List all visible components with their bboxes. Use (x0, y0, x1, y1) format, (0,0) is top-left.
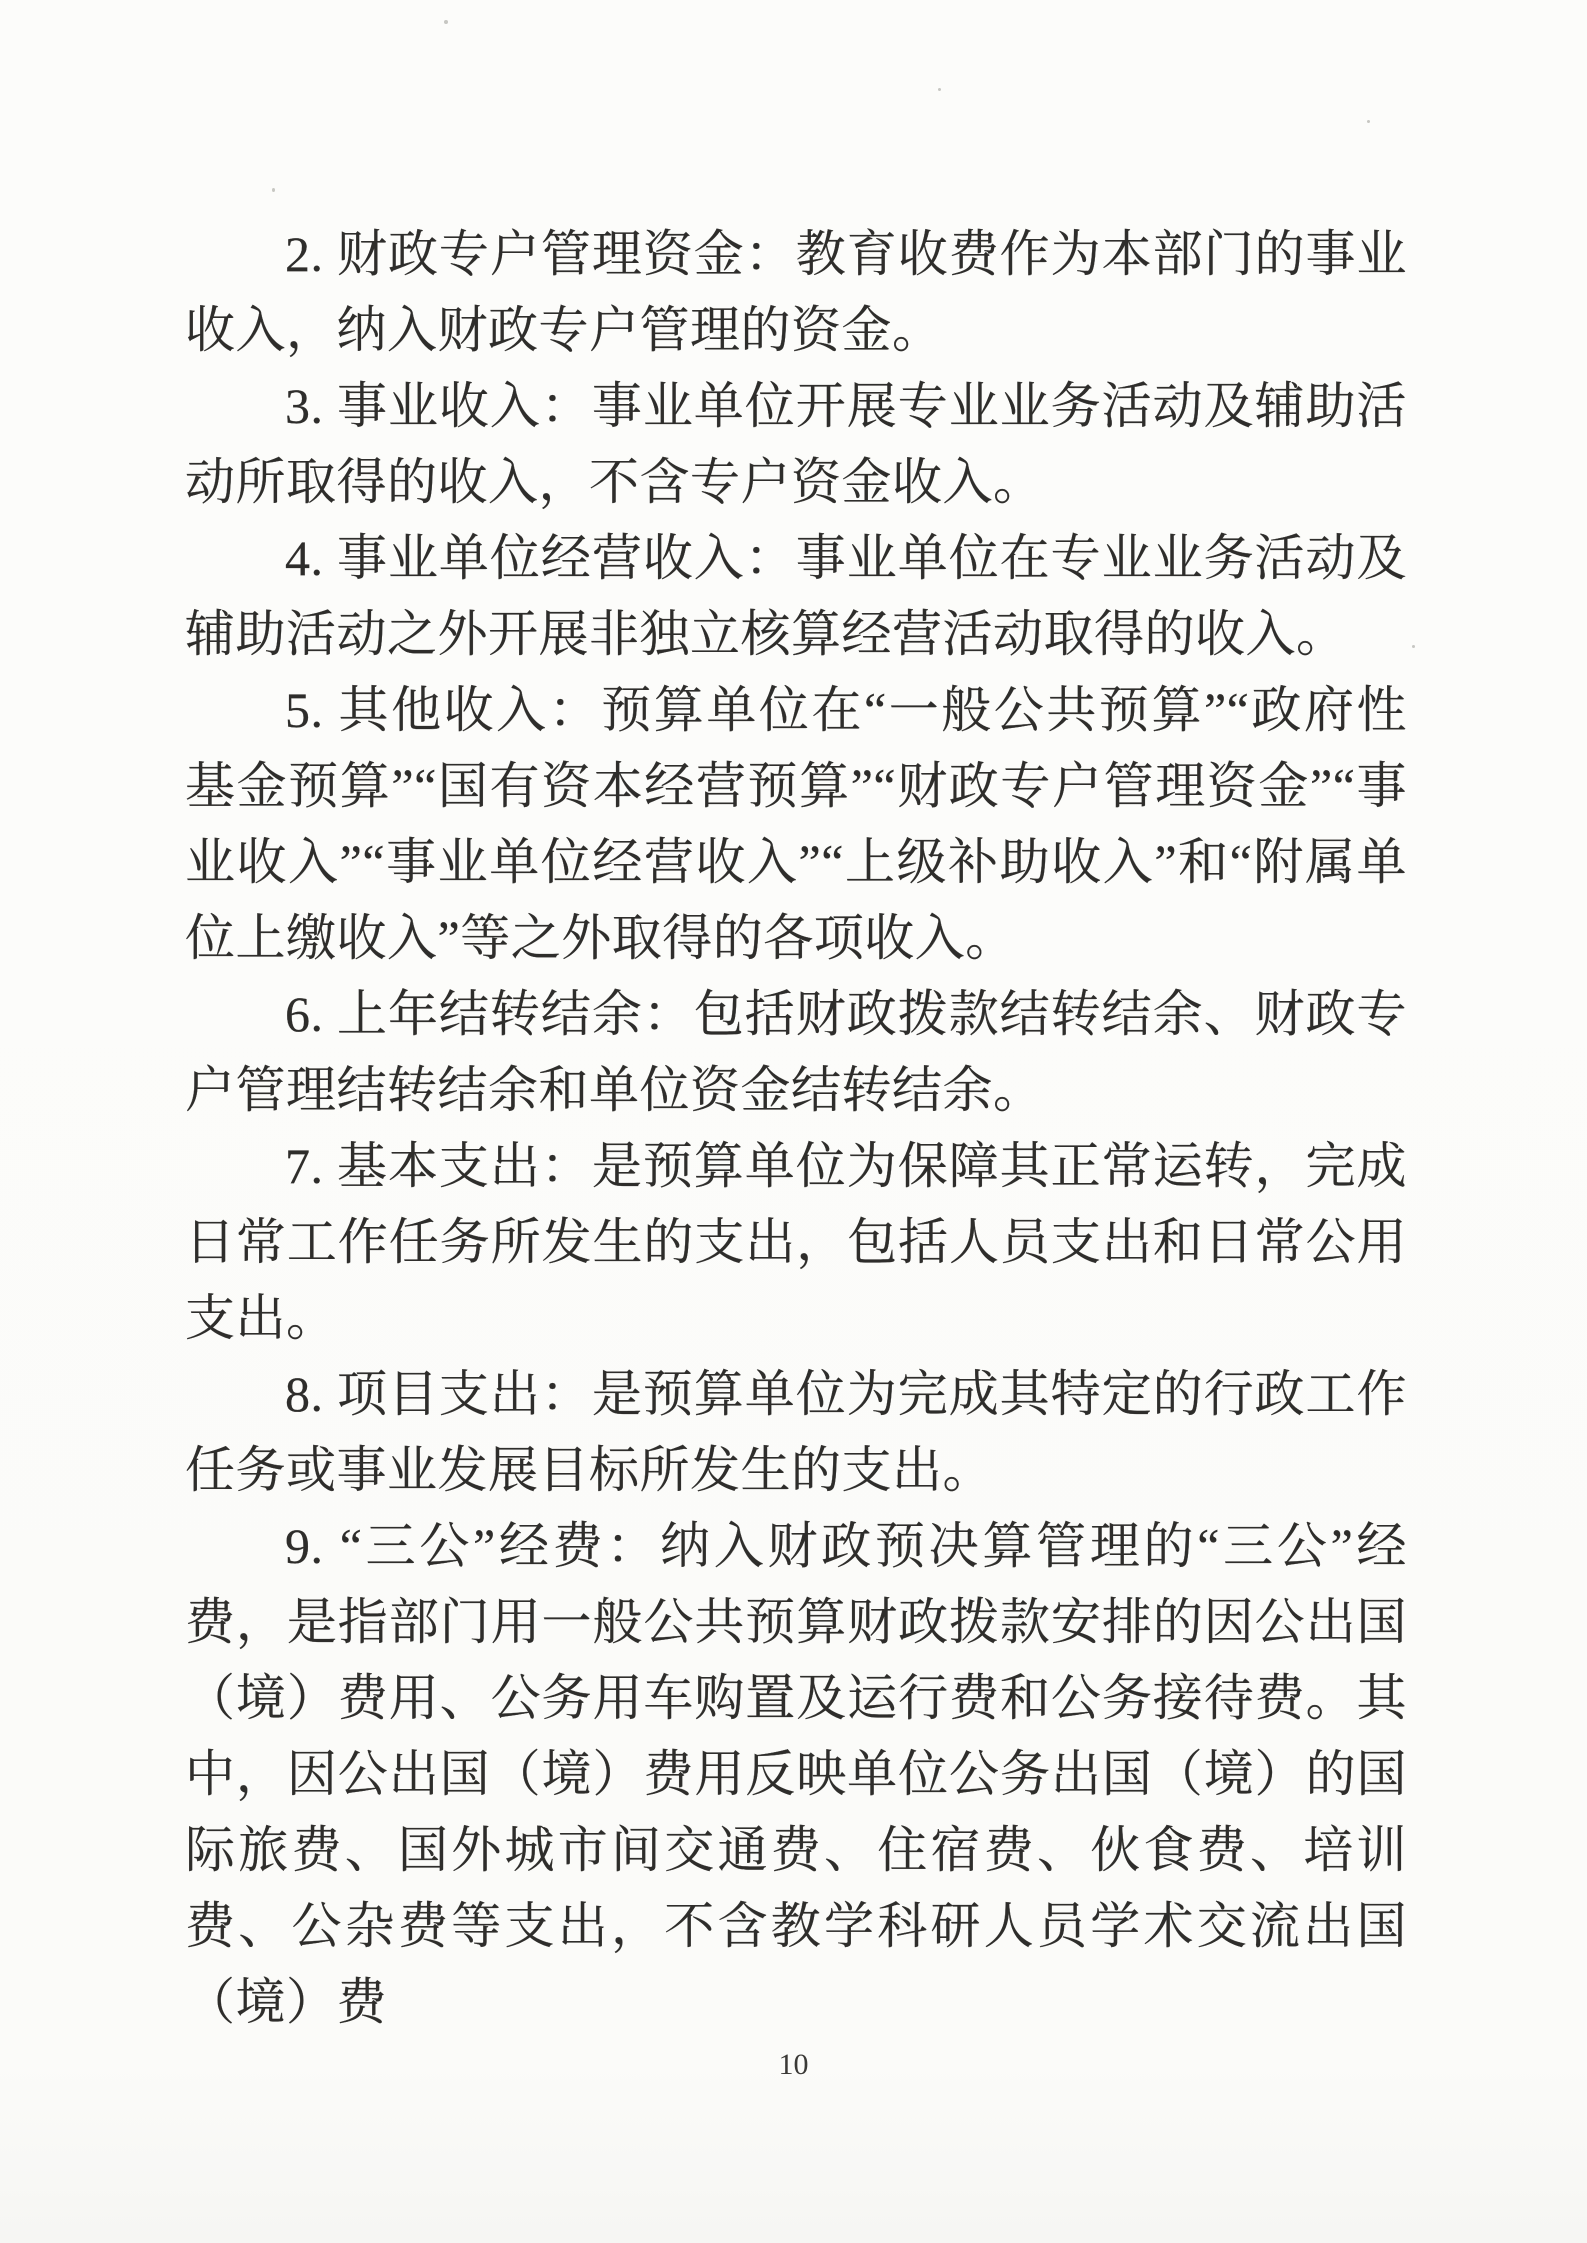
paragraph: 3. 事业收入：事业单位开展专业业务活动及辅助活动所取得的收入，不含专户资金收入… (185, 368, 1407, 520)
paragraph: 7. 基本支出：是预算单位为保障其正常运转，完成日常工作任务所发生的支出，包括人… (185, 1128, 1407, 1356)
paragraph: 2. 财政专户管理资金：教育收费作为本部门的事业收入，纳入财政专户管理的资金。 (185, 216, 1407, 368)
scan-speck (938, 88, 941, 91)
paragraph: 4. 事业单位经营收入：事业单位在专业业务活动及辅助活动之外开展非独立核算经营活… (185, 520, 1407, 672)
paragraph: 9. “三公”经费：纳入财政预决算管理的“三公”经费，是指部门用一般公共预算财政… (185, 1508, 1407, 2040)
scan-speck (272, 188, 275, 192)
paragraph: 8. 项目支出：是预算单位为完成其特定的行政工作任务或事业发展目标所发生的支出。 (185, 1356, 1407, 1508)
scan-speck (1367, 120, 1370, 123)
page-number: 10 (0, 2048, 1587, 2082)
paragraph: 6. 上年结转结余：包括财政拨款结转结余、财政专户管理结转结余和单位资金结转结余… (185, 976, 1407, 1128)
document-page: 2. 财政专户管理资金：教育收费作为本部门的事业收入，纳入财政专户管理的资金。 … (0, 0, 1587, 2243)
document-body: 2. 财政专户管理资金：教育收费作为本部门的事业收入，纳入财政专户管理的资金。 … (185, 216, 1407, 2040)
scan-speck (444, 20, 448, 24)
scan-speck (1412, 645, 1415, 648)
paragraph: 5. 其他收入：预算单位在“一般公共预算”“政府性基金预算”“国有资本经营预算”… (185, 672, 1407, 976)
